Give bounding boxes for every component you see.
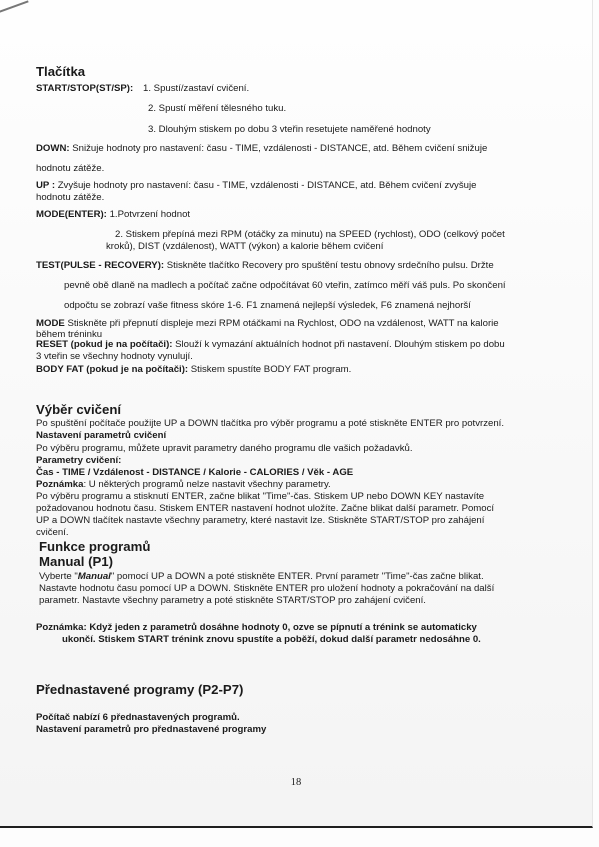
manual-line-2: Nastavte hodnotu času pomocí UP a DOWN. …	[39, 583, 494, 595]
start-stop-item-1: 1. Spustí/zastaví cvičení.	[143, 83, 249, 95]
params-heading: Parametry cvičení:	[36, 455, 121, 466]
mode-enter-entry: MODE(ENTER): 1.Potvrzení hodnot	[36, 209, 190, 221]
manual-line-1: Vyberte "Manual" pomocí UP a DOWN a poté…	[39, 571, 484, 583]
up-text-2: hodnotu zátěže.	[36, 192, 104, 204]
procedure-line-3: UP a DOWN tlačítek nastavte všechny para…	[36, 515, 484, 527]
reset-text-2: 3 vteřin se všechny hodnoty vynulují.	[36, 351, 193, 363]
start-stop-item-2: 2. Spustí měření tělesného tuku.	[148, 103, 286, 115]
test-entry: TEST(PULSE - RECOVERY): Stiskněte tlačít…	[36, 260, 494, 272]
mode-text-1: Stiskněte při přepnutí displeje mezi RPM…	[67, 318, 498, 329]
manual-emphasis: Manual	[78, 571, 111, 582]
exercise-selection-intro: Po spuštění počítače použijte UP a DOWN …	[36, 418, 504, 430]
auto-stop-note-1: Poznámka: Když jeden z parametrů dosáhne…	[36, 622, 477, 633]
up-entry: UP : Zvyšuje hodnoty pro nastavení: času…	[36, 180, 476, 192]
document-page: Tlačítka START/STOP(ST/SP): 1. Spustí/za…	[0, 0, 593, 828]
test-text-3: odpočtu se zobrazí vaše fitness skóre 1-…	[64, 300, 471, 312]
section-title-buttons: Tlačítka	[36, 66, 85, 78]
mode-enter-label: MODE(ENTER):	[36, 209, 107, 220]
page-number: 18	[0, 777, 592, 788]
reset-label: RESET (pokud je na počítači):	[36, 339, 172, 350]
params-note-text: : U některých programů nelze nastavit vš…	[83, 479, 330, 490]
start-stop-label: START/STOP(ST/SP):	[36, 83, 133, 94]
mode-enter-item-1: 1.Potvrzení hodnot	[110, 209, 191, 220]
manual-title: Manual (P1)	[39, 556, 113, 568]
preset-line-1: Počítač nabízí 6 přednastavených program…	[36, 712, 240, 723]
mode-enter-item-2b: kroků), DIST (vzdálenost), WATT (výkon) …	[106, 241, 383, 253]
down-text-1: Snižuje hodnoty pro nastavení: času - TI…	[72, 143, 487, 154]
param-setting-text: Po výběru programu, můžete upravit param…	[36, 443, 413, 455]
procedure-line-1: Po výběru programu a stisknutí ENTER, za…	[36, 491, 484, 503]
test-label: TEST(PULSE - RECOVERY):	[36, 260, 164, 271]
reset-entry: RESET (pokud je na počítači): Slouží k v…	[36, 339, 505, 351]
procedure-line-4: cvičení.	[36, 527, 69, 539]
mode-entry: MODE Stiskněte při přepnutí displeje mez…	[36, 318, 499, 330]
section-title-program-functions: Funkce programů	[39, 541, 150, 553]
start-stop-entry: START/STOP(ST/SP):	[36, 83, 133, 95]
up-text-1: Zvyšuje hodnoty pro nastavení: času - TI…	[58, 180, 477, 191]
mode-enter-item-2a: 2. Stiskem přepíná mezi RPM (otáčky za m…	[115, 229, 505, 241]
corner-fold-mark	[0, 0, 29, 14]
manual-line-1-pre: Vyberte "	[39, 571, 78, 582]
up-label: UP :	[36, 180, 55, 191]
section-title-exercise-selection: Výběr cvičení	[36, 404, 121, 416]
params-list: Čas - TIME / Vzdálenost - DISTANCE / Kal…	[36, 467, 353, 478]
procedure-line-2: požadovanou hodnotu času. Stiskem ENTER …	[36, 503, 494, 515]
param-setting-heading: Nastavení parametrů cvičení	[36, 430, 166, 441]
params-note-label: Poznámka	[36, 479, 83, 490]
start-stop-item-3: 3. Dlouhým stiskem po dobu 3 vteřin rese…	[148, 124, 431, 136]
section-title-preset-programs: Přednastavené programy (P2-P7)	[36, 684, 243, 696]
manual-line-3: parametr. Nastavte všechny parametry a p…	[39, 595, 426, 607]
test-text-1: Stiskněte tlačítko Recovery pro spuštění…	[167, 260, 494, 271]
body-fat-text: Stiskem spustíte BODY FAT program.	[191, 364, 351, 375]
auto-stop-note-2: ukončí. Stiskem START trénink znovu spus…	[62, 634, 481, 645]
body-fat-entry: BODY FAT (pokud je na počítači): Stiskem…	[36, 364, 351, 376]
manual-line-1-post: " pomocí UP a DOWN a poté stiskněte ENTE…	[111, 571, 484, 582]
reset-text-1: Slouží k vymazání aktuálních hodnot při …	[175, 339, 505, 350]
params-note: Poznámka: U některých programů nelze nas…	[36, 479, 331, 491]
down-label: DOWN:	[36, 143, 70, 154]
down-text-2: hodnotu zátěže.	[36, 163, 104, 175]
preset-line-2: Nastavení parametrů pro přednastavené pr…	[36, 724, 266, 735]
test-text-2: pevně obě dlaně na madlech a počítač zač…	[64, 280, 506, 292]
mode-label: MODE	[36, 318, 65, 329]
body-fat-label: BODY FAT (pokud je na počítači):	[36, 364, 188, 375]
down-entry: DOWN: Snižuje hodnoty pro nastavení: čas…	[36, 143, 487, 155]
